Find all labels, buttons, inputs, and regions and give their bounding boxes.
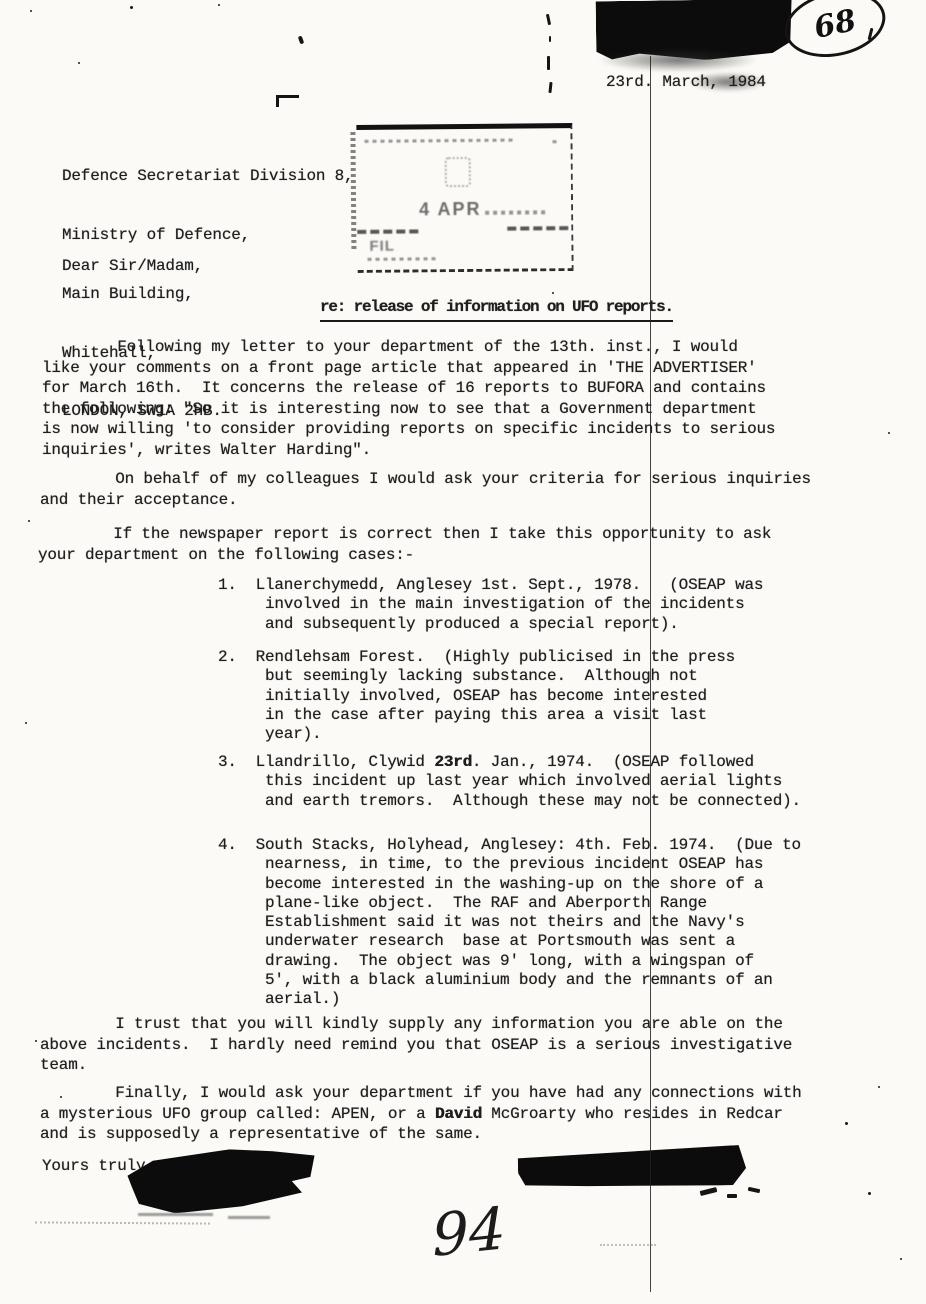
corner-pen-mark <box>276 95 299 107</box>
case-item-3: 3. Llandrillo, Clywid 23rd. Jan., 1974. … <box>218 753 801 811</box>
paragraph-2: On behalf of my colleagues I would ask y… <box>40 469 811 510</box>
margin-mark <box>547 56 550 70</box>
stamp-date-fragment: 4 APR <box>419 199 482 221</box>
recipient-line: Main Building, <box>62 285 353 305</box>
circled-number-text: 68 <box>811 3 859 46</box>
speck <box>888 432 890 434</box>
stamp-faint-row <box>364 139 514 143</box>
speck <box>30 10 32 12</box>
speck <box>868 1192 871 1195</box>
smudge-under-signature <box>228 1216 270 1219</box>
case-item-3-bold-date: 23rd <box>434 753 472 771</box>
speck <box>845 1122 848 1125</box>
closing-paragraph-1: I trust that you will kindly supply any … <box>40 1014 792 1076</box>
faint-dash-line <box>600 1244 656 1246</box>
stamp-faint-row <box>368 257 438 261</box>
letter-date: 23rd. March, 1984 <box>606 72 766 93</box>
speck <box>35 1040 37 1042</box>
pen-dash <box>727 1194 737 1198</box>
case-item-1: 1. Llanerchymedd, Anglesey 1st. Sept., 1… <box>218 576 763 634</box>
stamp-faint-emblem <box>445 157 471 187</box>
speck <box>25 722 27 724</box>
speck <box>130 6 133 9</box>
speck <box>878 1086 880 1088</box>
case-item-4: 4. South Stacks, Holyhead, Anglesey: 4th… <box>218 836 801 1010</box>
paragraph-1: Following my letter to your department o… <box>42 337 775 460</box>
speck <box>78 62 80 64</box>
redaction-signature <box>126 1144 318 1217</box>
fold-line <box>650 56 651 1292</box>
case-item-3-text: 3. Llandrillo, Clywid <box>218 753 434 771</box>
closing-paragraph-2: Finally, I would ask your department if … <box>40 1083 802 1145</box>
apostrophe-mark <box>298 36 304 45</box>
stamp-faint-row <box>552 140 560 143</box>
paragraph-3: If the newspaper report is correct then … <box>38 524 771 565</box>
pen-dash <box>700 1187 718 1196</box>
case-item-2: 2. Rendlehsam Forest. (Highly publicised… <box>218 648 735 744</box>
stamp-faint-row <box>485 210 545 215</box>
margin-mark <box>548 82 552 93</box>
redaction-block-right <box>517 1145 746 1191</box>
speck <box>218 4 220 6</box>
stamp-divider <box>357 229 419 234</box>
page-number-handwritten: 94 <box>431 1194 507 1270</box>
salutation: Dear Sir/Madam, <box>62 256 203 277</box>
smudge-under-signature <box>138 1213 213 1216</box>
scanned-letter-page: 68 23rd. March, 1984 Defence Secretariat… <box>0 0 926 1304</box>
pen-dash <box>748 1187 761 1193</box>
closing-paragraph-2-bold-name: David <box>435 1105 482 1123</box>
received-stamp: 4 APR FIL <box>356 123 573 273</box>
stamp-bottom-fragment: FIL <box>369 238 395 255</box>
recipient-line: Defence Secretariat Division 8, <box>62 167 353 187</box>
margin-mark <box>546 14 551 25</box>
speck <box>900 1258 902 1260</box>
smudge-under-redaction <box>598 48 758 72</box>
stamp-side-text <box>350 132 356 252</box>
speck <box>28 520 30 522</box>
stamp-divider <box>507 226 571 231</box>
subject-line: re: release of information on UFO report… <box>320 297 673 322</box>
speck <box>552 292 554 294</box>
circled-number-annotation: 68 <box>778 0 891 66</box>
recipient-line: Ministry of Defence, <box>62 226 353 246</box>
margin-mark <box>549 36 551 42</box>
speck <box>60 1096 62 1098</box>
speck <box>210 1112 212 1114</box>
faint-dash-line <box>35 1221 210 1224</box>
